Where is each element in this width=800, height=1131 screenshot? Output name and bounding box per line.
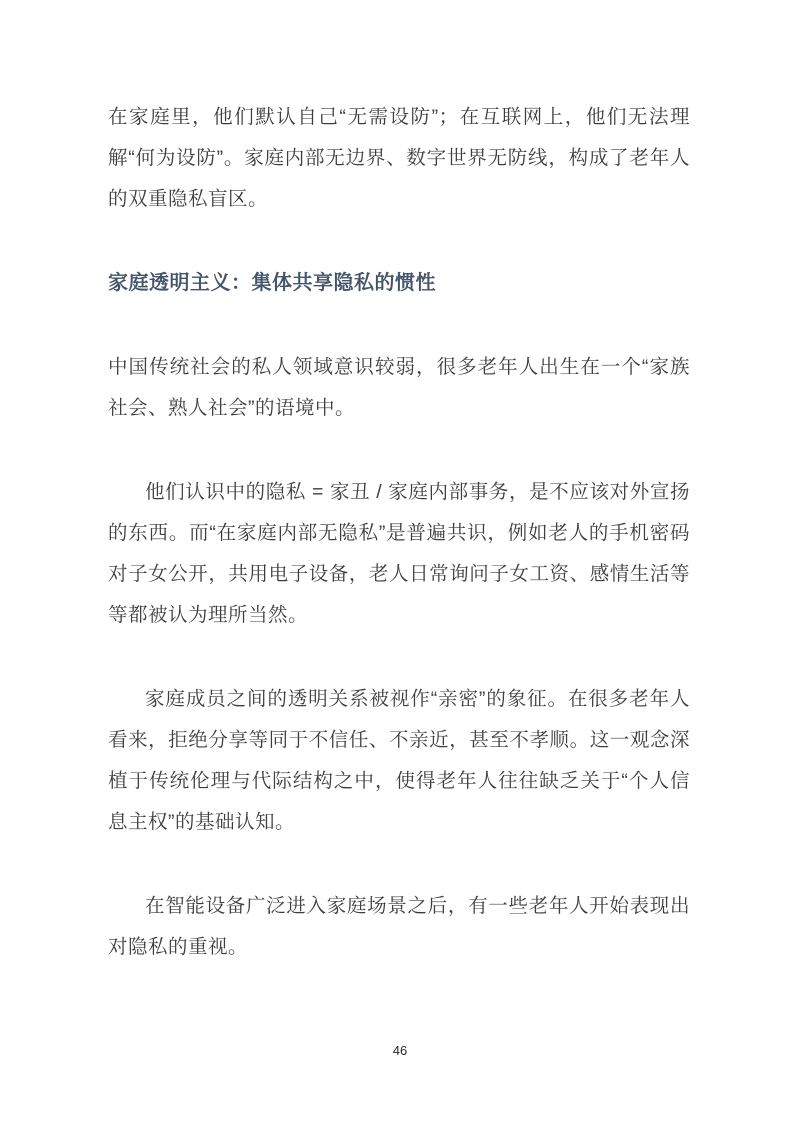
- page-footer: 46: [0, 1042, 800, 1060]
- paragraph-privacy-definition: 他们认识中的隐私 = 家丑 / 家庭内部事务，是不应该对外宣扬的东西。而“在家庭…: [108, 472, 690, 636]
- page-number: 46: [393, 1043, 407, 1058]
- paragraph-transparency-intimacy: 家庭成员之间的透明关系被视作“亲密”的象征。在很多老年人看来，拒绝分享等同于不信…: [108, 679, 690, 843]
- paragraph-smart-devices: 在智能设备广泛进入家庭场景之后，有一些老年人开始表现出对隐私的重视。: [108, 886, 690, 968]
- document-page: 在家庭里，他们默认自己“无需设防”；在互联网上，他们无法理解“何为设防”。家庭内…: [0, 0, 800, 1131]
- page-content: 在家庭里，他们默认自己“无需设防”；在互联网上，他们无法理解“何为设防”。家庭内…: [0, 0, 800, 968]
- paragraph-traditional-society: 中国传统社会的私人领域意识较弱，很多老年人出生在一个“家族社会、熟人社会”的语境…: [108, 347, 690, 429]
- section-heading-family-transparency: 家庭透明主义：集体共享隐私的惯性: [108, 263, 690, 304]
- paragraph-privacy-blindspot: 在家庭里，他们默认自己“无需设防”；在互联网上，他们无法理解“何为设防”。家庭内…: [108, 97, 690, 220]
